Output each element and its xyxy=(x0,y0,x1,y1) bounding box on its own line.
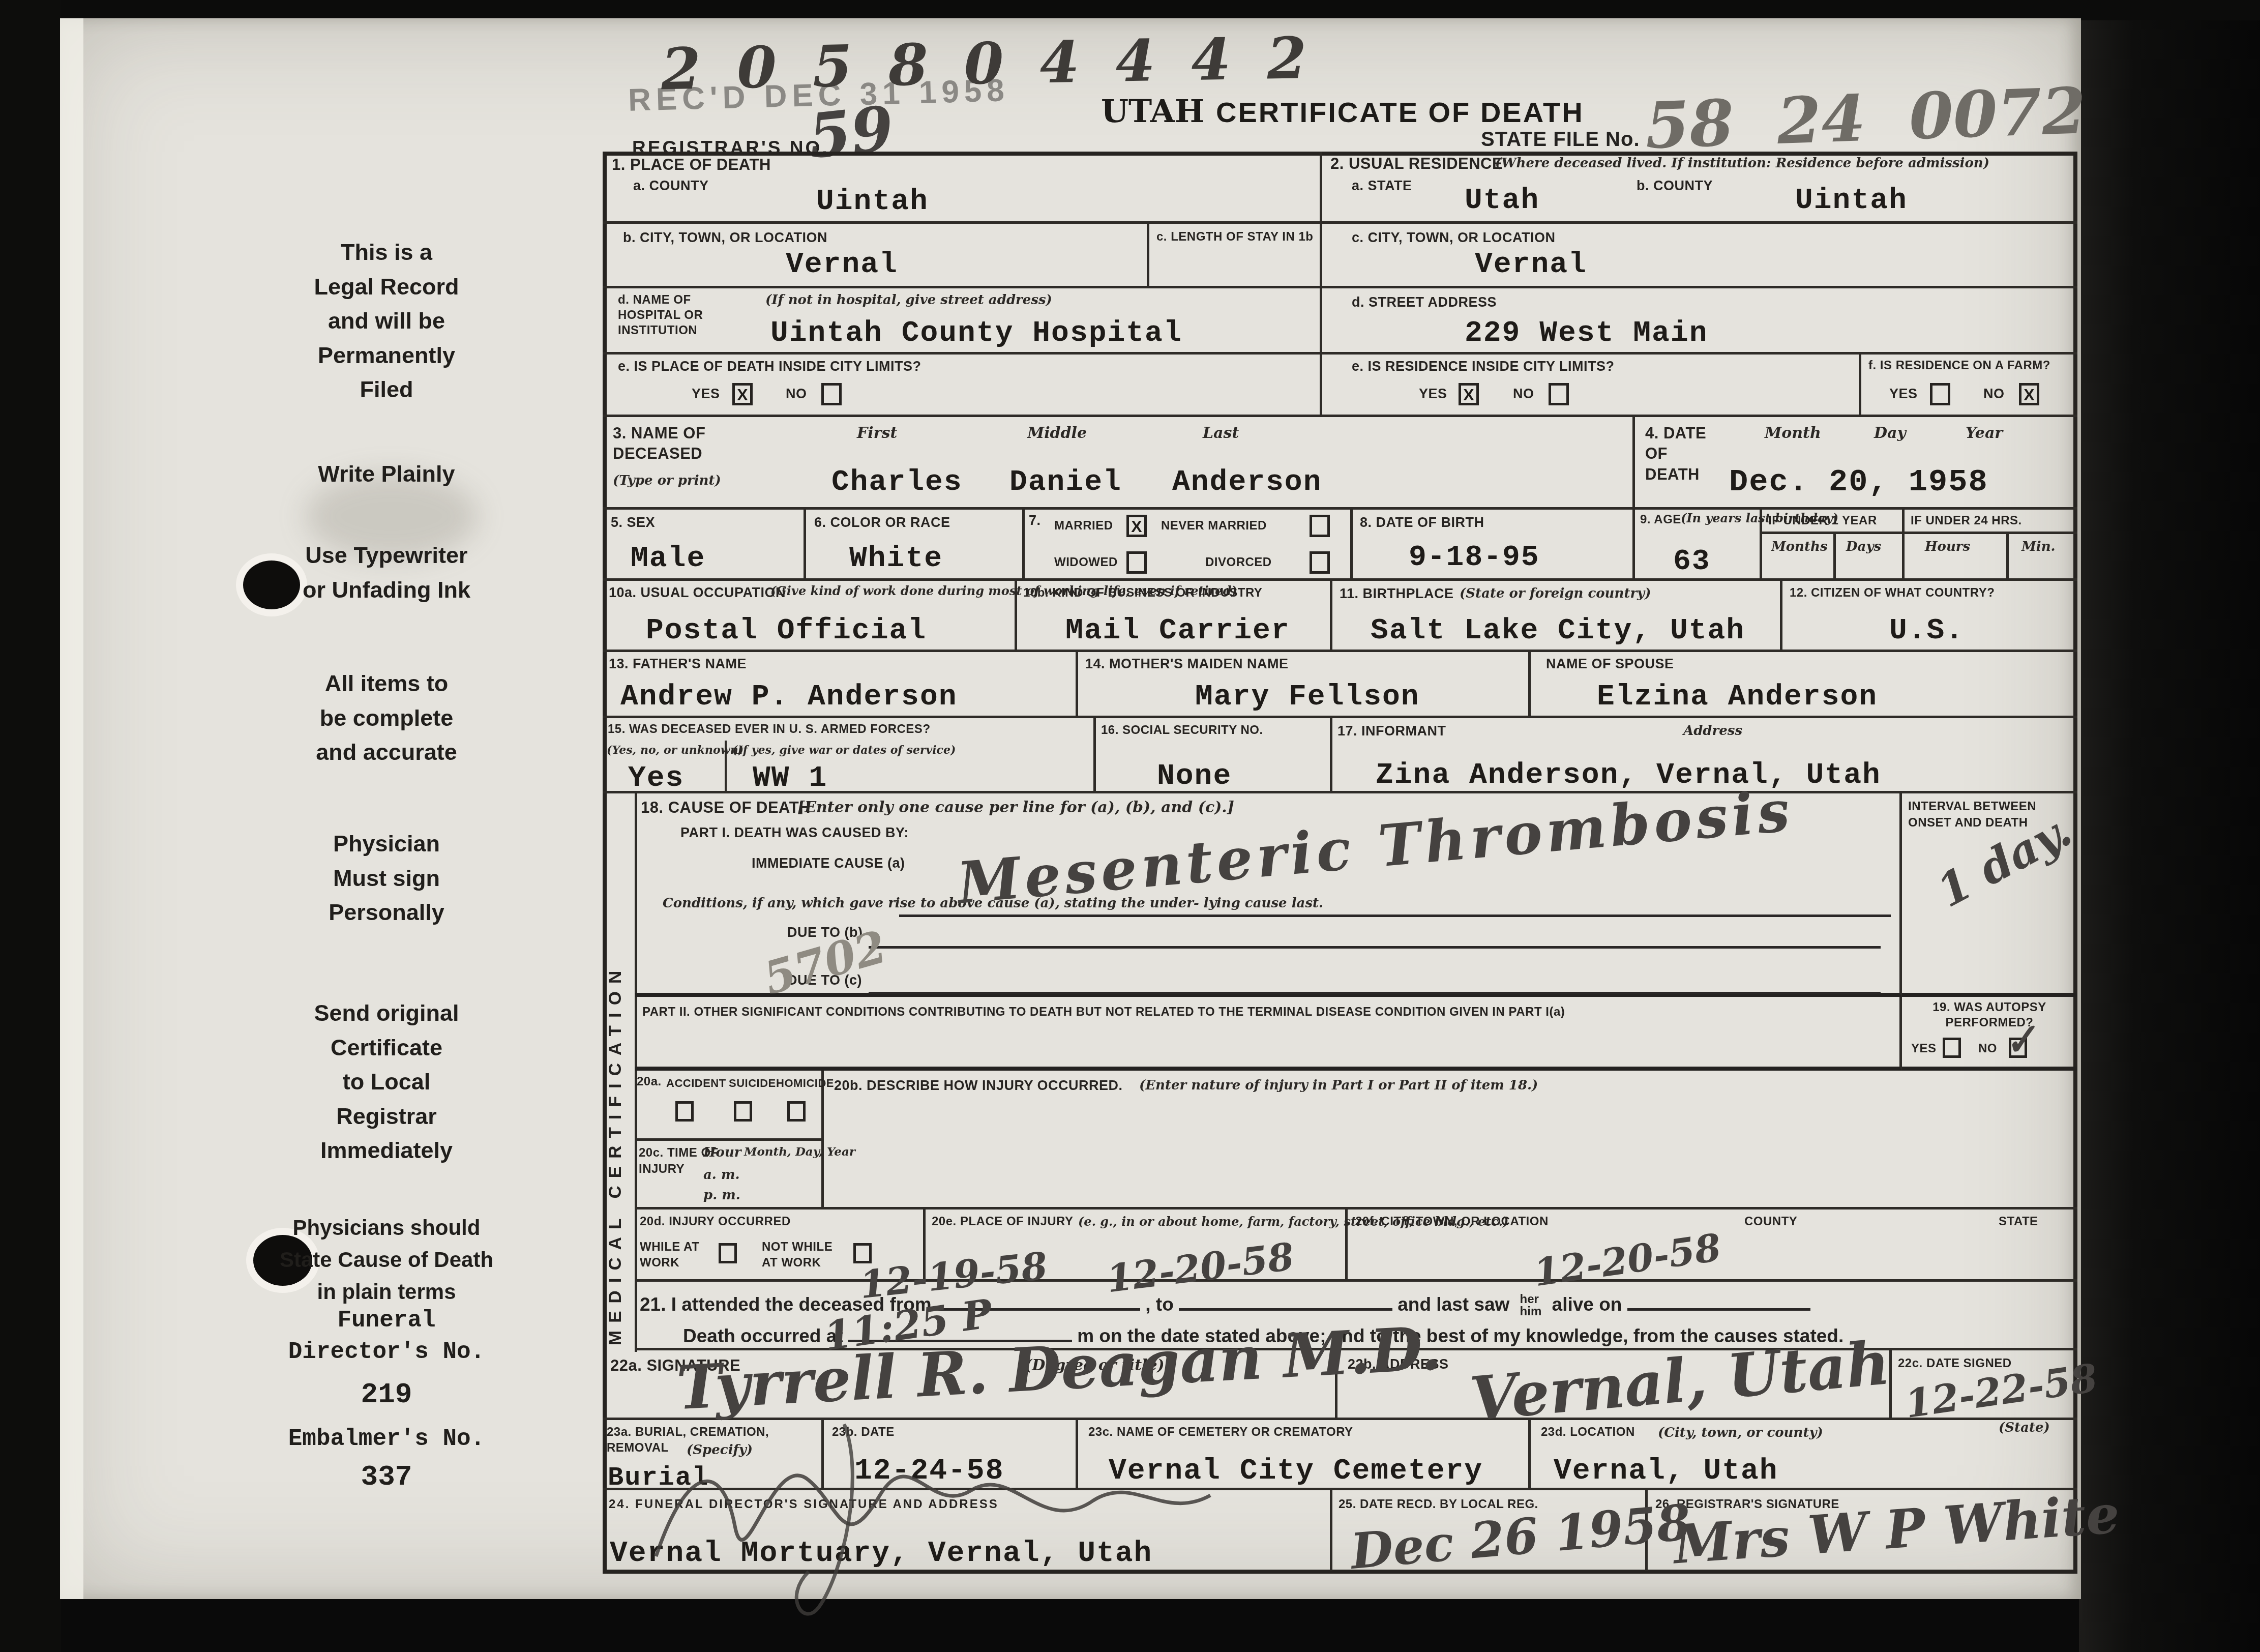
s16-value: None xyxy=(1157,760,1232,793)
s11-label: 11. BIRTHPLACE xyxy=(1340,586,1454,602)
s3-first-value: Charles xyxy=(831,466,963,499)
s9-months-label: Months xyxy=(1771,539,1828,554)
s2d-value: 229 West Main xyxy=(1465,317,1708,350)
s3-last-header: Last xyxy=(1203,424,1239,442)
s14-label: 14. MOTHER'S MAIDEN NAME xyxy=(1085,656,1288,672)
margin-note-typewriter: Use Typewriter or Unfading Ink xyxy=(178,538,595,607)
s18-label-hint: [Enter only one cause per line for (a), … xyxy=(797,799,1234,816)
cell-12-citizen: 12. CITIZEN OF WHAT COUNTRY? U.S. xyxy=(1782,581,2077,652)
s20c-am-label: a. m. xyxy=(703,1167,740,1183)
s9-under-year-label: IF UNDER 1 YEAR xyxy=(1768,514,1877,528)
s1a-value: Uintah xyxy=(816,185,929,218)
s3-hint: (Type or print) xyxy=(613,473,721,488)
s24-value: Vernal Mortuary, Vernal, Utah xyxy=(610,1537,1152,1570)
s20b-hint: (Enter nature of injury in Part I or Par… xyxy=(1139,1078,1538,1093)
spouse-value: Elzina Anderson xyxy=(1597,681,1878,714)
cell-18-part2: PART II. OTHER SIGNIFICANT CONDITIONS CO… xyxy=(635,997,1902,1071)
s20f-label: 20f. CITY, TOWN, OR LOCATION xyxy=(1355,1215,1549,1229)
embalmer-no-value: 337 xyxy=(178,1456,595,1498)
s1e-yes-mark: X xyxy=(737,386,748,404)
s16-label: 16. SOCIAL SECURITY NO. xyxy=(1101,723,1263,737)
s21-line1-b: , to xyxy=(1145,1294,1173,1315)
s23d-hint: (City, town, or county) xyxy=(1658,1425,1823,1440)
s20a-homicide-checkbox xyxy=(787,1101,806,1122)
s2f-no-mark: X xyxy=(2024,386,2034,404)
s20a-suicide-checkbox xyxy=(734,1101,752,1122)
margin-note-plain-terms: Physicians should State Cause of Death i… xyxy=(178,1212,595,1308)
s2c-label: c. CITY, TOWN, OR LOCATION xyxy=(1352,230,1556,246)
cell-20b-describe-injury: 20b. DESCRIBE HOW INJURY OCCURRED. (Ente… xyxy=(824,1071,2077,1209)
s23d-state-hint: (State) xyxy=(1999,1420,2050,1435)
s2e-label: e. IS RESIDENCE INSIDE CITY LIMITS? xyxy=(1352,359,1615,374)
s9-hours-label: Hours xyxy=(1925,539,1970,554)
s2f-label: f. IS RESIDENCE ON A FARM? xyxy=(1868,359,2050,373)
s15-value1: Yes xyxy=(628,762,684,795)
s20d-while-checkbox xyxy=(719,1243,737,1263)
s11-hint: (State or foreign country) xyxy=(1460,586,1651,601)
margin-note-legal-record: This is a Legal Record and will be Perma… xyxy=(178,235,595,407)
s8-label: 8. DATE OF BIRTH xyxy=(1360,515,1484,530)
s7-never-married-label: NEVER MARRIED xyxy=(1161,519,1267,533)
s7-widowed-checkbox xyxy=(1126,551,1147,574)
s7-married-checkbox: X xyxy=(1126,515,1147,537)
s20d-label: 20d. INJURY OCCURRED xyxy=(640,1215,791,1229)
s3-middle-header: Middle xyxy=(1027,424,1087,442)
s9-under-24-label: IF UNDER 24 HRS. xyxy=(1911,514,2022,528)
s20d-while-label: WHILE AT WORK xyxy=(640,1239,699,1271)
cell-3-name: 3. NAME OF DECEASED (Type or print) Firs… xyxy=(603,417,1635,510)
margin-note-physician-sign: Physician Must sign Personally xyxy=(178,827,595,930)
cell-7-marital: 7. MARRIED X NEVER MARRIED WIDOWED DIVOR… xyxy=(1025,510,1353,581)
cell-1-county: 1. PLACE OF DEATH a. COUNTY Uintah xyxy=(603,152,1322,224)
s20a-accident-label: ACCIDENT xyxy=(666,1077,726,1090)
s15-hint1: (Yes, no, or unknown) xyxy=(607,744,744,757)
s20b-label: 20b. DESCRIBE HOW INJURY OCCURRED. xyxy=(834,1078,1123,1094)
s2e-no-label: NO xyxy=(1513,386,1534,402)
s20a-accident-checkbox xyxy=(675,1101,694,1122)
s9-days-label: Days xyxy=(1846,539,1881,554)
s3-middle-value: Daniel xyxy=(1009,466,1122,499)
cell-23c-cemetery: 23c. NAME OF CEMETERY OR CREMATORY Verna… xyxy=(1078,1420,1531,1490)
certificate-title: UTAH CERTIFICATE OF DEATH xyxy=(1101,93,1584,130)
s1a-label: a. COUNTY xyxy=(633,178,709,194)
s21-line1: 21. I attended the deceased from , to an… xyxy=(640,1290,1810,1318)
s10a-value: Postal Official xyxy=(646,614,927,647)
s18-part2-label: PART II. OTHER SIGNIFICANT CONDITIONS CO… xyxy=(642,1005,1883,1019)
s2f-yes-label: YES xyxy=(1889,386,1918,402)
funeral-director-no-value: 219 xyxy=(178,1373,595,1416)
s1b-label: b. CITY, TOWN, OR LOCATION xyxy=(623,230,827,246)
s7-num: 7. xyxy=(1029,513,1041,528)
s23c-label: 23c. NAME OF CEMETERY OR CREMATORY xyxy=(1088,1425,1353,1439)
s1e-no-label: NO xyxy=(786,386,807,402)
hours-min-divider xyxy=(2006,534,2009,581)
title-rest: CERTIFICATE OF DEATH xyxy=(1216,96,1584,128)
cell-2e-city-limits: e. IS RESIDENCE INSIDE CITY LIMITS? YES … xyxy=(1322,355,1861,417)
s17-value: Zina Anderson, Vernal, Utah xyxy=(1376,759,1881,792)
scan-background-top xyxy=(0,0,2260,20)
s2e-no-checkbox xyxy=(1549,383,1569,405)
embalmer-no-label: Embalmer's No. xyxy=(178,1422,595,1457)
s20c-hour-label: Hour xyxy=(703,1145,741,1160)
cell-1b-city: b. CITY, TOWN, OR LOCATION Vernal xyxy=(603,224,1149,288)
s21-line2-a: Death occurred at xyxy=(683,1325,843,1346)
cell-8-date-of-birth: 8. DATE OF BIRTH 9-18-95 xyxy=(1353,510,1635,581)
s4-day-header: Day xyxy=(1874,424,1906,442)
under-1-year-header-box: IF UNDER 1 YEAR xyxy=(1762,510,1902,534)
state-file-value: 58 24 0072 xyxy=(1644,74,2087,163)
s2a-value: Utah xyxy=(1465,184,1539,217)
s17-address-header: Address xyxy=(1683,723,1742,739)
s14-value: Mary Fellson xyxy=(1195,681,1420,714)
cell-20a-accident: 20a. ACCIDENT SUICIDE HOMICIDE xyxy=(635,1071,824,1141)
s2f-no-label: NO xyxy=(1983,386,2005,402)
s2c-value: Vernal xyxy=(1475,248,1587,281)
pencil-film-digits: 2 0 5 8 0 4 4 4 2 xyxy=(661,25,1315,103)
cell-5-sex: 5. SEX Male xyxy=(603,510,806,581)
cell-11-birthplace: 11. BIRTHPLACE (State or foreign country… xyxy=(1332,581,1782,652)
cell-23a-burial: 23a. BURIAL, CREMATION, REMOVAL (Specify… xyxy=(603,1420,824,1490)
cell-1d-hospital: d. NAME OF HOSPITAL OR INSTITUTION (If n… xyxy=(603,288,1322,355)
s19-no-label: NO xyxy=(1978,1042,1997,1056)
cell-24-funeral-director: 24. FUNERAL DIRECTOR'S SIGNATURE AND ADD… xyxy=(603,1490,1332,1571)
cell-19-autopsy: 19. WAS AUTOPSY PERFORMED? YES NO ✓ xyxy=(1902,997,2077,1071)
s1e-no-checkbox xyxy=(821,383,842,405)
s1d-value: Uintah County Hospital xyxy=(770,317,1182,350)
s3-last-value: Anderson xyxy=(1172,466,1322,499)
s1e-yes-checkbox: X xyxy=(732,383,753,405)
medical-certification-side-label: MEDICAL CERTIFICATION xyxy=(605,806,626,1345)
s5-label: 5. SEX xyxy=(611,515,655,530)
scan-background-left xyxy=(0,0,61,1652)
cell-23d-location: 23d. LOCATION (City, town, or county) (S… xyxy=(1531,1420,2077,1490)
s9-value: 63 xyxy=(1673,545,1711,578)
s21-alive-blank xyxy=(1627,1290,1810,1311)
s7-divorced-checkbox xyxy=(1310,551,1330,574)
s2d-label: d. STREET ADDRESS xyxy=(1352,294,1497,310)
s1-title: 1. PLACE OF DEATH xyxy=(612,156,771,174)
s23a-hint: (Specify) xyxy=(687,1442,753,1458)
cell-9-under-24-hrs: IF UNDER 24 HRS. Hours Min. xyxy=(1905,510,2077,581)
s20a-num: 20a. xyxy=(637,1075,662,1089)
s23b-value: 12-24-58 xyxy=(854,1455,1004,1488)
cell-spouse: NAME OF SPOUSE Elzina Anderson xyxy=(1531,652,2077,718)
margin-note-complete: All items to be complete and accurate xyxy=(178,666,595,770)
s1c-label: c. LENGTH OF STAY IN 1b xyxy=(1156,230,1314,244)
s2-title-hint: (Where deceased lived. If institution: R… xyxy=(1495,156,1989,171)
cause-a-line xyxy=(899,914,1891,917)
s21-him: him xyxy=(1520,1306,1542,1318)
s20f-county-label: COUNTY xyxy=(1744,1215,1797,1229)
cell-9-age: 9. AGE (In years last birthday) 63 xyxy=(1635,510,1762,581)
s20c-pm-label: p. m. xyxy=(703,1188,740,1203)
cell-2c-city: c. CITY, TOWN, OR LOCATION Vernal xyxy=(1322,224,2077,288)
s13-label: 13. FATHER'S NAME xyxy=(609,656,747,672)
cell-2-state-county: 2. USUAL RESIDENCE (Where deceased lived… xyxy=(1322,152,2077,224)
s20e-label: 20e. PLACE OF INJURY xyxy=(932,1215,1074,1229)
s20d-not-while-label: NOT WHILE AT WORK xyxy=(762,1239,832,1271)
s3-label: 3. NAME OF DECEASED xyxy=(613,423,705,464)
s23b-label: 23b. DATE xyxy=(832,1425,895,1439)
cell-1c-length-of-stay: c. LENGTH OF STAY IN 1b xyxy=(1149,224,1322,288)
s2f-yes-checkbox xyxy=(1930,383,1950,405)
margin-note-send-original: Send original Certificate to Local Regis… xyxy=(178,996,595,1168)
s6-label: 6. COLOR OR RACE xyxy=(814,515,950,530)
s7-married-mark: X xyxy=(1131,517,1142,536)
cell-15-armed-forces: 15. WAS DECEASED EVER IN U. S. ARMED FOR… xyxy=(603,718,1096,793)
s2f-no-checkbox: X xyxy=(2019,383,2039,405)
funeral-director-no-label: Funeral Director's No. xyxy=(178,1305,595,1368)
state-file-label: STATE FILE No. xyxy=(1481,128,1640,151)
margin-note-write-plainly: Write Plainly xyxy=(178,457,595,491)
s19-label: 19. WAS AUTOPSY PERFORMED? xyxy=(1908,1000,2071,1030)
s19-yes-checkbox xyxy=(1943,1038,1961,1058)
cell-1e-city-limits: e. IS PLACE OF DEATH INSIDE CITY LIMITS?… xyxy=(603,355,1322,417)
s7-married-label: MARRIED xyxy=(1054,519,1113,533)
s18-label: 18. CAUSE OF DEATH xyxy=(641,799,811,817)
s21-line1-d: alive on xyxy=(1552,1294,1622,1315)
cell-2d-street: d. STREET ADDRESS 229 West Main xyxy=(1322,288,2077,355)
s4-year-header: Year xyxy=(1966,424,2003,442)
s9-min-label: Min. xyxy=(2021,539,2056,554)
s1e-label: e. IS PLACE OF DEATH INSIDE CITY LIMITS? xyxy=(618,359,921,374)
s24-label: 24. FUNERAL DIRECTOR'S SIGNATURE AND ADD… xyxy=(609,1497,999,1512)
s10a-label: 10a. USUAL OCCUPATION xyxy=(609,585,786,601)
cell-9-under-1-year: IF UNDER 1 YEAR Months Days xyxy=(1762,510,1905,581)
s1e-yes-label: YES xyxy=(692,386,720,402)
s20f-state-label: STATE xyxy=(1999,1215,2038,1229)
s3-first-header: First xyxy=(857,424,897,442)
s21-to-blank xyxy=(1179,1290,1392,1311)
cell-10b-industry: 10b. KIND OF BUSINESS OR INDUSTRY Mail C… xyxy=(1017,581,1332,652)
s12-value: U.S. xyxy=(1889,614,1964,647)
s10b-label: 10b. KIND OF BUSINESS OR INDUSTRY xyxy=(1023,586,1262,600)
s2b-value: Uintah xyxy=(1795,184,1908,217)
spouse-label: NAME OF SPOUSE xyxy=(1546,656,1674,672)
s21-her-him: her him xyxy=(1520,1293,1542,1318)
s21-line1-c: and last saw xyxy=(1397,1294,1509,1315)
s17-label: 17. INFORMANT xyxy=(1337,723,1446,739)
cell-14-mother: 14. MOTHER'S MAIDEN NAME Mary Fellson xyxy=(1078,652,1531,718)
s18-part1-label: PART I. DEATH WAS CAUSED BY: xyxy=(680,825,909,841)
s15-value2: WW 1 xyxy=(753,762,827,795)
s23d-value: Vernal, Utah xyxy=(1554,1455,1778,1488)
s19-yes-label: YES xyxy=(1911,1042,1937,1056)
scanned-death-certificate: REC'D DEC 31 1958 2 0 5 8 0 4 4 4 2 REGI… xyxy=(0,0,2260,1652)
s23a-value: Burial xyxy=(608,1463,709,1493)
s2e-yes-mark: X xyxy=(1463,386,1474,404)
s21-her: her xyxy=(1520,1293,1542,1306)
s4-label: 4. DATE OF DEATH xyxy=(1645,423,1706,485)
cell-6-race: 6. COLOR OR RACE White xyxy=(806,510,1025,581)
s20a-suicide-label: SUICIDE xyxy=(729,1077,776,1090)
s1b-value: Vernal xyxy=(786,248,898,281)
s4-value: Dec. 20, 1958 xyxy=(1729,464,1988,500)
s5-value: Male xyxy=(631,542,705,575)
s2e-yes-checkbox: X xyxy=(1459,383,1479,405)
cell-10a-occupation: 10a. USUAL OCCUPATION (Give kind of work… xyxy=(603,581,1017,652)
under-24-header-box: IF UNDER 24 HRS. xyxy=(1905,510,2077,534)
s9-label: 9. AGE xyxy=(1640,513,1681,527)
s11-value: Salt Lake City, Utah xyxy=(1371,614,1745,647)
s10b-value: Mail Carrier xyxy=(1065,614,1290,647)
months-days-divider xyxy=(1833,534,1836,581)
s2a-label: a. STATE xyxy=(1352,178,1412,194)
cell-16-ssn: 16. SOCIAL SECURITY NO. None xyxy=(1096,718,1332,793)
due-c-line xyxy=(869,992,1881,994)
s15-hint2: (If yes, give war or dates of service) xyxy=(732,744,956,757)
title-utah: UTAH xyxy=(1101,93,1205,130)
s2b-label: b. COUNTY xyxy=(1637,178,1713,194)
cell-23b-date: 23b. DATE 12-24-58 xyxy=(824,1420,1078,1490)
paper-torn-edge xyxy=(60,18,83,1599)
s15-label: 15. WAS DECEASED EVER IN U. S. ARMED FOR… xyxy=(608,722,931,736)
cell-20c-time-of-injury: 20c. TIME OF INJURY Hour Month, Day, Yea… xyxy=(635,1141,824,1209)
cell-2f-farm: f. IS RESIDENCE ON A FARM? YES NO X xyxy=(1861,355,2077,417)
s7-divorced-label: DIVORCED xyxy=(1205,555,1272,570)
s7-widowed-label: WIDOWED xyxy=(1054,555,1118,570)
s20c-mdy-label: Month, Day, Year xyxy=(744,1145,855,1159)
due-b-line xyxy=(869,946,1881,949)
s2e-yes-label: YES xyxy=(1419,386,1447,402)
s20d-not-while-checkbox xyxy=(853,1243,872,1263)
s6-value: White xyxy=(849,542,943,575)
cell-13-father: 13. FATHER'S NAME Andrew P. Anderson xyxy=(603,652,1078,718)
cell-4-date-of-death: 4. DATE OF DEATH Month Day Year Dec. 20,… xyxy=(1635,417,2077,510)
cell-17-informant: 17. INFORMANT Address Zina Anderson, Ver… xyxy=(1332,718,2077,793)
s18-immediate-label: IMMEDIATE CAUSE (a) xyxy=(752,855,905,871)
s2-title: 2. USUAL RESIDENCE xyxy=(1330,155,1503,173)
s13-value: Andrew P. Anderson xyxy=(620,681,958,714)
s23d-label: 23d. LOCATION xyxy=(1541,1425,1635,1439)
s1d-hint: (If not in hospital, give street address… xyxy=(765,292,1052,308)
scan-background-right xyxy=(2079,0,2260,1652)
s1d-label: d. NAME OF HOSPITAL OR INSTITUTION xyxy=(618,292,703,338)
s4-month-header: Month xyxy=(1765,424,1821,442)
s23c-value: Vernal City Cemetery xyxy=(1109,1455,1483,1488)
s12-label: 12. CITIZEN OF WHAT COUNTRY? xyxy=(1790,586,1995,600)
s8-value: 9-18-95 xyxy=(1409,541,1540,574)
s7-never-married-checkbox xyxy=(1310,515,1330,537)
